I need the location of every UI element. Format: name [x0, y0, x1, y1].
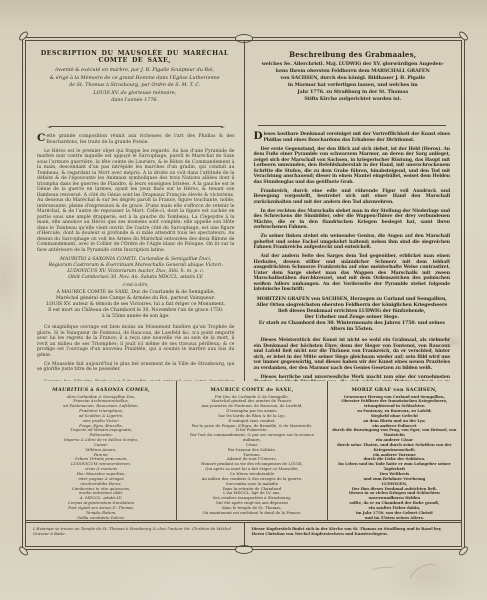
german-paragraph-6: Auf der andern Seite des Sarges dem Tod …	[254, 254, 451, 293]
description-section: Cette grande composition réunit aux rich…	[26, 123, 461, 381]
german-paragraph-3: Frankreich, durch eine edle und rührende…	[254, 189, 451, 206]
german-paragraph-1-text: ieses kostbare Denkmaal vereiniget mit d…	[263, 132, 450, 143]
french-epitaph-column: MAURICE COMTE de SAXE, Fut Duc de Curlan…	[176, 381, 328, 520]
german-title-block: Beschreibung des Grabmaales, welches Se.…	[244, 41, 462, 123]
title-section: DESCRIPTION DU MAUSOLÉE DU MARÉCHAL COMT…	[26, 41, 461, 123]
german-epitaph-lines: Gewesener Herzog von Curland und Semgall…	[332, 395, 457, 521]
french-dropcap: C	[37, 134, 46, 144]
french-epitaph-lines: Fut Duc de Curlande & de Semigalle, Maré…	[181, 395, 323, 516]
german-paragraph-4: In der rechten des Marschalls siehet man…	[254, 209, 451, 231]
french-paragraph-2: Le Héros est le premier objet qui frappe…	[37, 149, 235, 254]
german-column: Dieses kostbare Denkmaal vereiniget mit …	[244, 123, 462, 381]
french-title-block: DESCRIPTION DU MAUSOLÉE DU MARÉCHAL COMT…	[26, 41, 244, 123]
german-paragraph-2: Der erste Gegenstand, der den Blick auf …	[254, 147, 451, 186]
arrow-rule-ornament	[47, 124, 225, 129]
french-title-subtitle: inventé & exécuté en marbre, par J. B. P…	[34, 67, 236, 105]
german-inscription: MORITZEN GRAFEN von SACHSEN, Herzogen zu…	[254, 297, 451, 334]
translation-label: c'est-à-dire,	[37, 283, 235, 288]
french-paragraph-1: Cette grande composition réunit aux rich…	[37, 134, 235, 145]
engraved-border: DESCRIPTION DU MAUSOLÉE DU MARÉCHAL COMT…	[22, 37, 465, 550]
imprint-section: L'Estampe se trouve au Temple de St. Tho…	[26, 520, 461, 546]
french-paragraph-3: Ce magnifique ouvrage est bien moins un …	[37, 325, 235, 358]
german-dropcap: D	[254, 132, 264, 142]
french-title: DESCRIPTION DU MAUSOLÉE DU MARÉCHAL COMT…	[34, 50, 236, 64]
german-epitaph-column: MORIZ GRAF von SACHSEN, Gewesener Herzog…	[328, 381, 461, 520]
french-column: Cette grande composition réunit aux rich…	[26, 123, 244, 381]
german-title: Beschreibung des Grabmaales,	[253, 50, 454, 59]
german-title-subtitle: welches Se. Allerchristl. Maj. LUDWIG de…	[253, 61, 454, 102]
document-page: DESCRIPTION DU MAUSOLÉE DU MARÉCHAL COMT…	[0, 0, 487, 600]
german-imprint: Dieser Kupferstich findet sich in der Ki…	[244, 523, 462, 546]
latin-epitaph-title: MAURITIUS à SAXONIA COMES,	[30, 387, 172, 393]
french-paragraph-1-text: ette grande composition réunit aux riche…	[46, 134, 234, 145]
french-imprint: L'Estampe se trouve au Temple de St. Tho…	[26, 523, 244, 546]
latin-epitaph-lines: olim Curlandiæ & Semigalliæ Dux, Franciæ…	[30, 395, 172, 521]
latin-epitaph-column: MAURITIUS à SAXONIA COMES, olim Curlandi…	[26, 381, 176, 520]
german-paragraph-7: Dieses Meisterstück der Kunst ist nicht …	[254, 338, 451, 371]
german-paragraph-5: Zu seiner linken stehet ein weinender Ge…	[254, 234, 451, 251]
german-header-rule	[258, 125, 447, 126]
epitaph-section: MAURITIUS à SAXONIA COMES, olim Curlandi…	[26, 381, 461, 520]
german-paragraph-1: Dieses kostbare Denkmaal vereiniget mit …	[254, 132, 451, 143]
pencil-mark	[368, 558, 448, 584]
french-inscription: A MAURICE COMTE de SAXE, Duc de Courland…	[37, 290, 235, 320]
french-epitaph-title: MAURICE COMTE de SAXE,	[181, 387, 323, 393]
latin-inscription: MAURITIO à SAXONIA COMITI, Curlandiæ & S…	[37, 257, 235, 281]
plate-content: DESCRIPTION DU MAUSOLÉE DU MARÉCHAL COMT…	[25, 40, 462, 547]
german-epitaph-title: MORIZ GRAF von SACHSEN,	[332, 387, 457, 393]
french-paragraph-4: Ce Mausolée fait aujourd'hui le plus bel…	[37, 362, 235, 373]
